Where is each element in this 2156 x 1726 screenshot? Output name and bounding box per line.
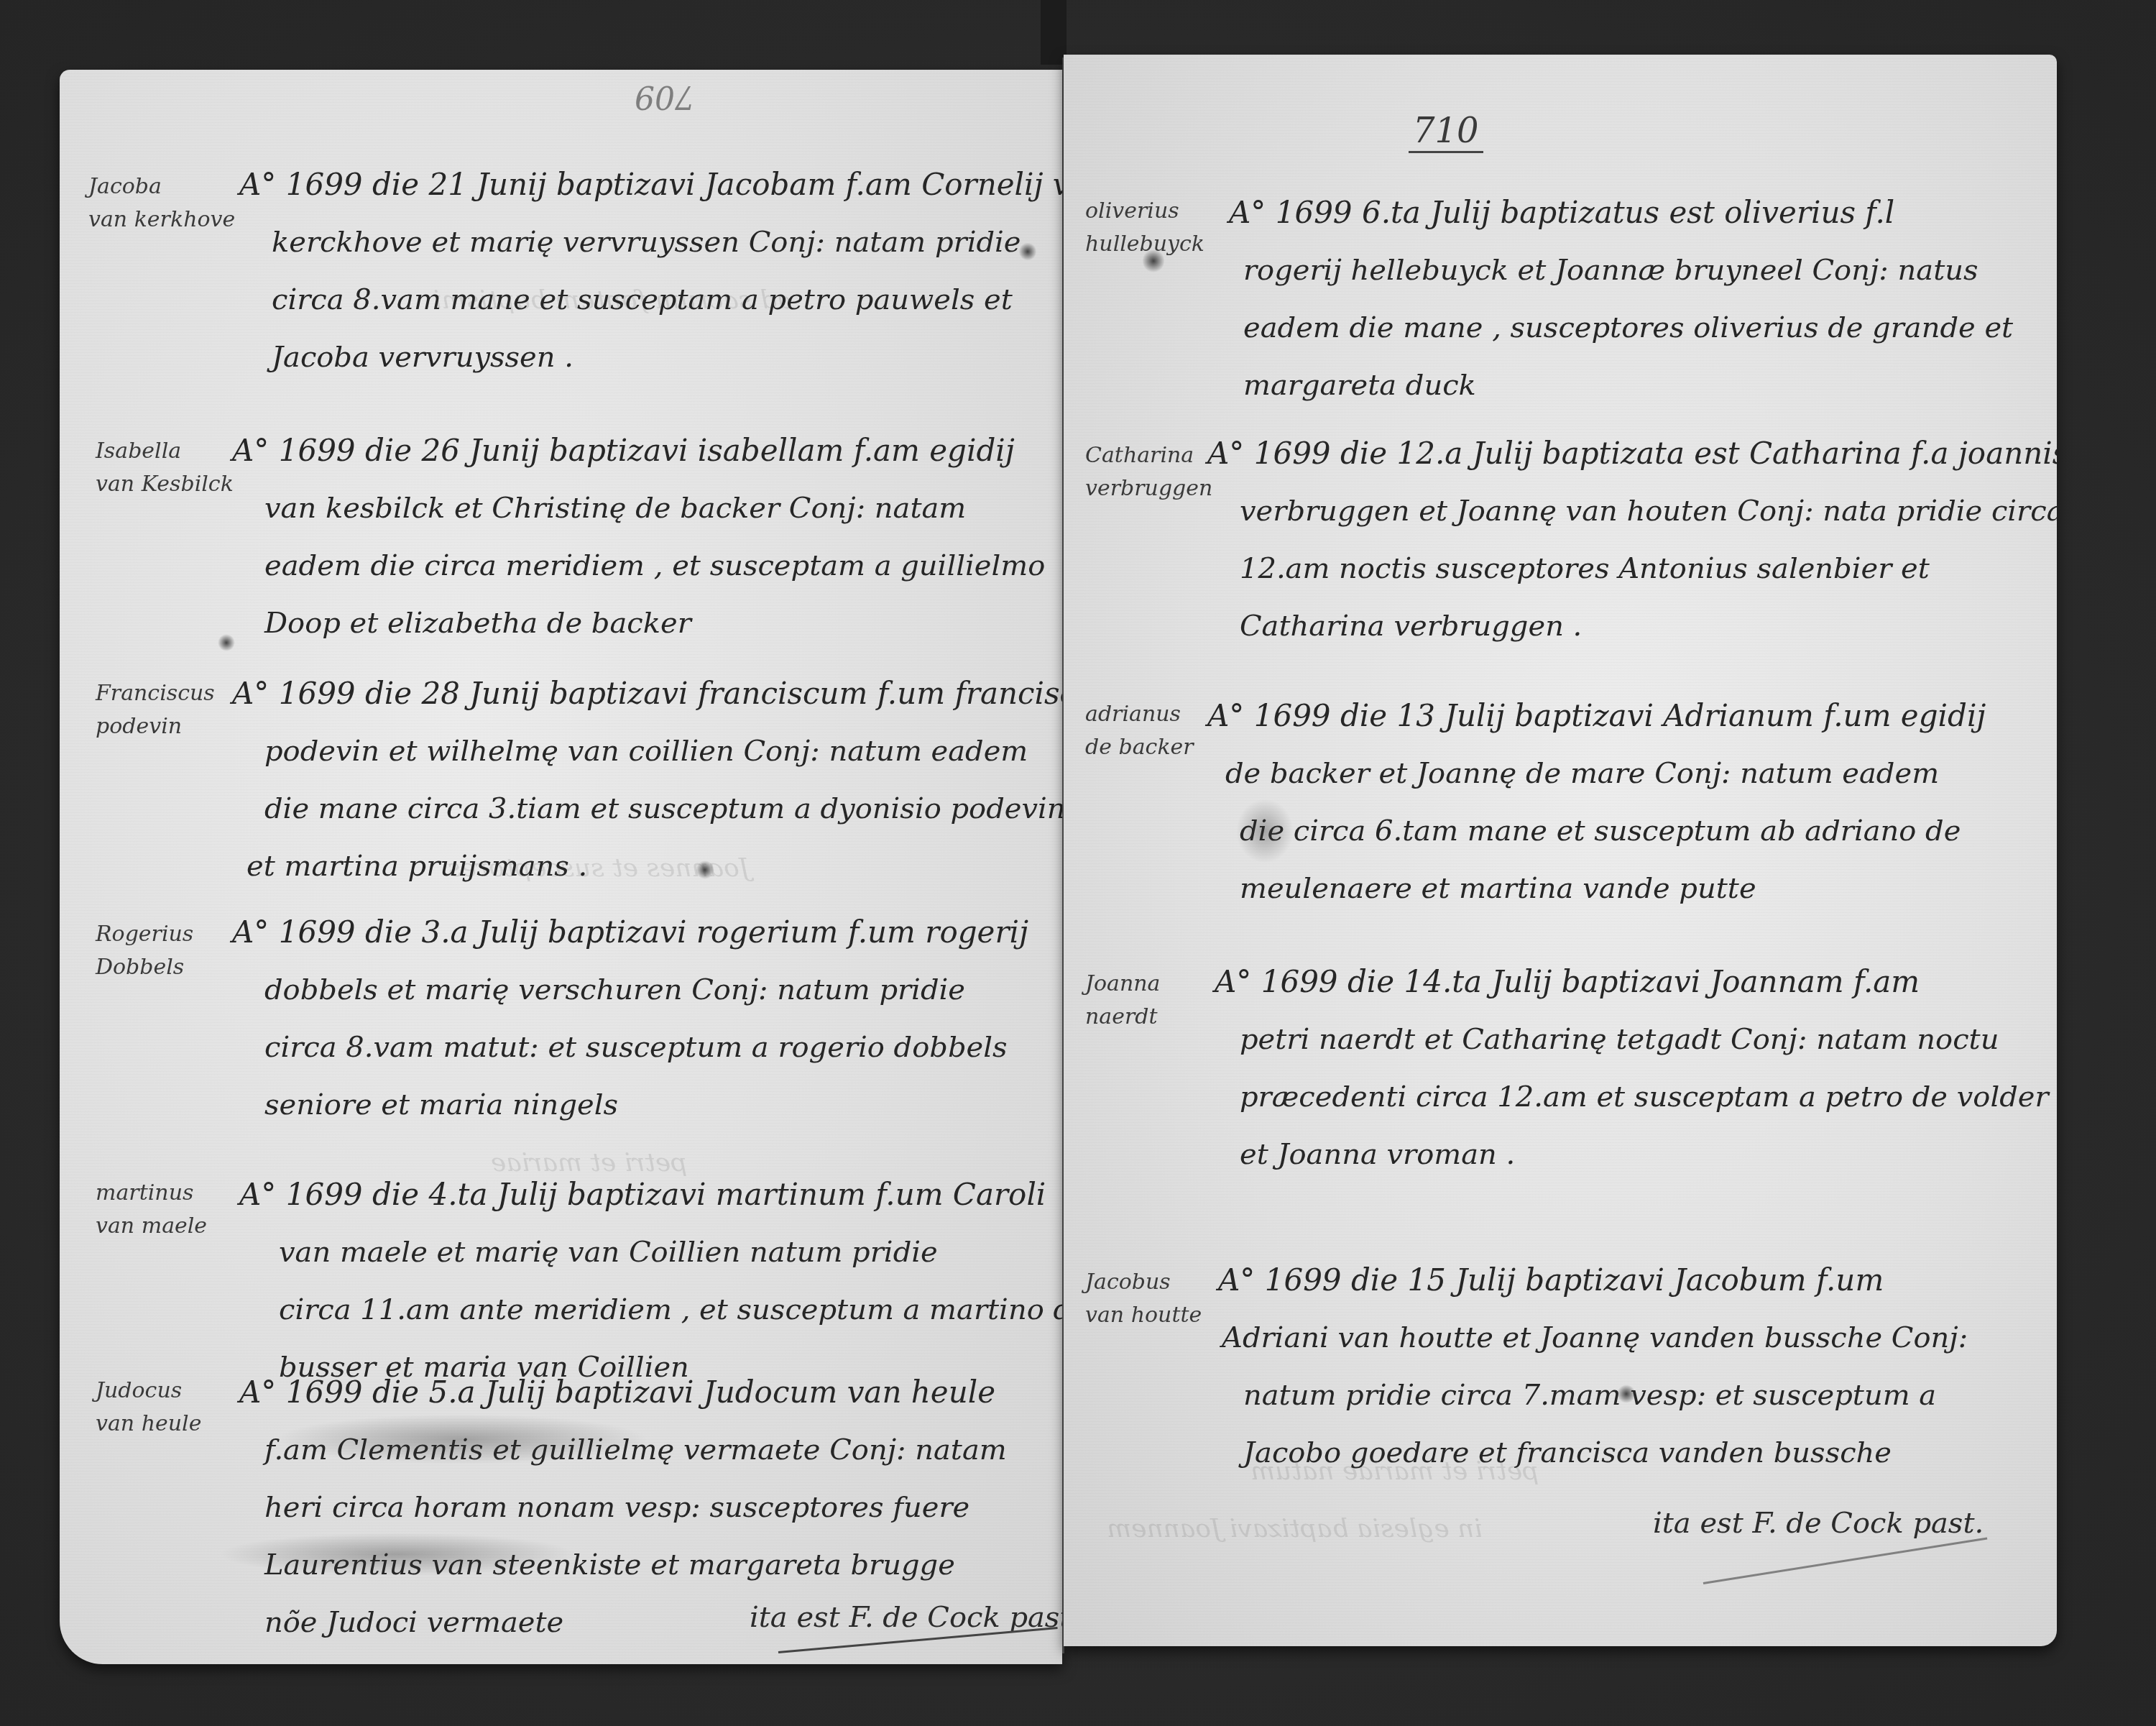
book-spine [1041,0,1067,65]
margin-name-entry-5: Jacobus van houtte [1085,1266,1202,1332]
margin-name-entry-3: Franciscus podevin [96,677,215,743]
pastor-signature-right: ita est F. de Cock past. [1653,1507,1984,1540]
baptism-entry-5: A° 1699 die 4.ta Julij baptizavi martinu… [239,1166,1062,1396]
page-number-right: 710 [1409,111,1483,153]
margin-name-entry-2: Catharina verbruggen [1085,439,1212,505]
pastor-signature-left: ita est F. de Cock past. [750,1601,1062,1634]
margin-name-entry-4: Joanna naerdt [1085,968,1161,1034]
ink-blot [218,634,235,651]
ink-smear [275,1414,649,1464]
ink-smear [218,1533,577,1576]
ink-blot [696,860,714,879]
ink-blot [1143,249,1164,273]
margin-name-entry-1: Jacoba van kerkhove [88,170,235,237]
ink-smear [1236,799,1294,863]
bleed-through-text: in eglesia baptizavi Joannem [1107,1514,1483,1543]
margin-name-entry-5: martinus van maele [96,1177,207,1243]
left-page: 709 ad sacrum fontem baptismi Joannes et… [60,70,1062,1664]
signature-flourish [1703,1537,1988,1584]
margin-name-entry-3: adrianus de backer [1085,698,1194,764]
margin-name-entry-2: Isabella van Kesbilck [96,435,234,501]
baptism-entry-1: A° 1699 die 21 Junij baptizavi Jacobam f… [239,156,1062,386]
baptism-entry-5: A° 1699 die 15 Julij baptizavi Jacobum f… [1218,1252,1968,1482]
right-page: 710 petri et mariae natum in eglesia bap… [1064,55,2057,1646]
margin-name-entry-4: Rogerius Dobbels [96,918,193,984]
margin-name-entry-6: Judocus van heule [96,1374,201,1441]
page-number-left: 709 [635,78,695,115]
ink-blot [1019,242,1036,261]
ink-blot [1617,1385,1636,1403]
margin-name-entry-1: oliverius hullebuyck [1085,195,1204,261]
baptism-entry-3: A° 1699 die 28 Junij baptizavi franciscu… [232,665,1062,895]
baptism-entry-2: A° 1699 die 26 Junij baptizavi isabellam… [232,422,1045,652]
baptism-entry-3: A° 1699 die 13 Julij baptizavi Adrianum … [1207,687,1986,917]
baptism-entry-4: A° 1699 die 14.ta Julij baptizavi Joanna… [1215,953,2049,1183]
baptism-entry-1: A° 1699 6.ta Julij baptizatus est oliver… [1229,184,2013,414]
baptism-entry-4: A° 1699 die 3.a Julij baptizavi rogerium… [232,904,1028,1134]
baptism-entry-2: A° 1699 die 12.a Julij baptizata est Cat… [1207,425,2057,655]
